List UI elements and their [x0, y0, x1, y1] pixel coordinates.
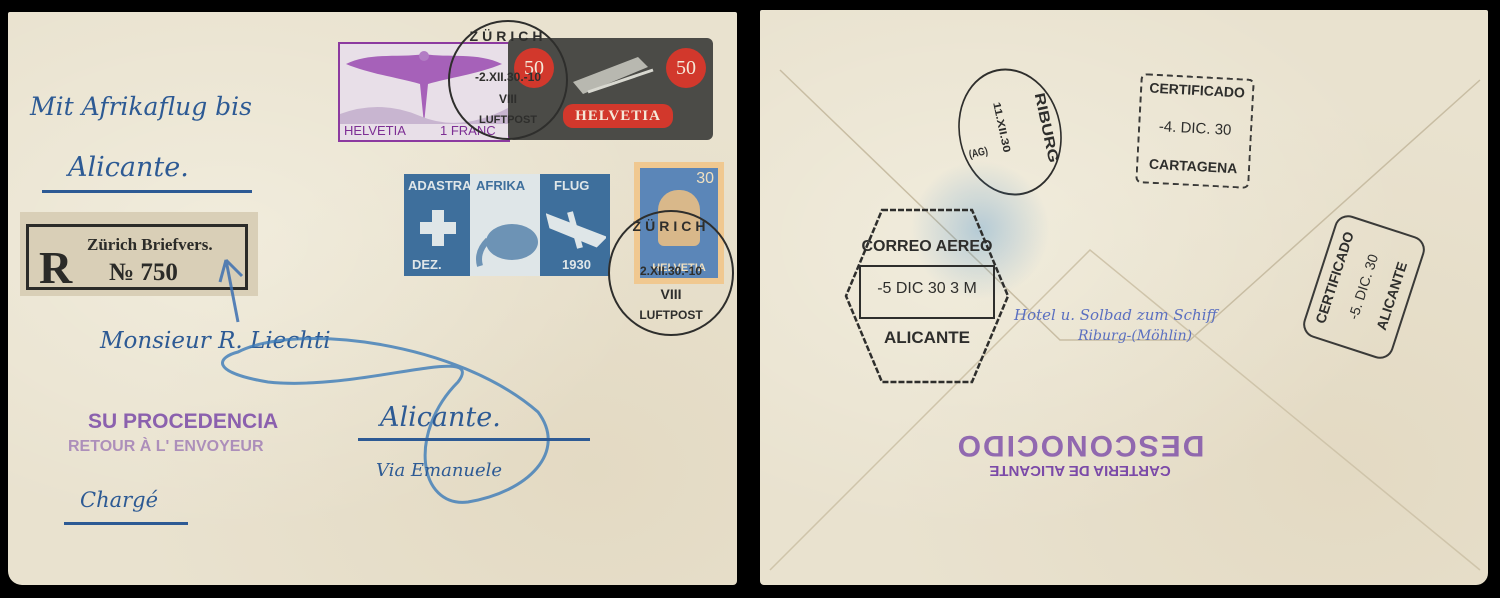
- postmark-zurich-2: ZÜRICH 2.XII.30.-10 VIII LUFTPOST: [608, 210, 734, 336]
- biplane-icon: [568, 52, 658, 102]
- registration-number: № 750: [109, 259, 178, 287]
- vignette-month: DEZ.: [412, 257, 442, 272]
- airplane-icon: [546, 208, 606, 252]
- stamp-country: HELVETIA: [344, 123, 406, 138]
- vignette-center-label: AFRIKA: [476, 178, 525, 193]
- cartagena-certificado-cachet: CERTIFICADO -4. DIC. 30 CARTAGENA: [1135, 73, 1255, 189]
- correo-aereo-type: CORREO AEREO: [842, 238, 1012, 256]
- route-note-line1: Mit Afrikaflug bis: [30, 92, 252, 121]
- hotel-cachet-line2: Riburg-(Möhlin): [1078, 328, 1192, 344]
- postmark-service: LUFTPOST: [450, 114, 566, 126]
- postmark-date: -2.XII.30.-10: [450, 70, 566, 84]
- desconocido-cachet: CARTERIA DE ALICANTE DESCONOCIDO: [950, 428, 1210, 479]
- charge-note: Chargé: [80, 488, 158, 512]
- registration-letter: R: [39, 241, 72, 294]
- postmark-date: 2.XII.30.-10: [610, 264, 732, 278]
- route-note-line2: Alicante.: [68, 152, 189, 183]
- hotel-cachet-line1: Hotel u. Solbad zum Schiff: [1014, 306, 1217, 324]
- cachet-city: CARTAGENA: [1138, 155, 1249, 177]
- return-cachet-line2: RETOUR À L' ENVOYEUR: [68, 438, 264, 456]
- address-city: Alicante.: [380, 402, 501, 433]
- vignette-right-label: FLUG: [554, 178, 589, 193]
- stamp-value-right: 50: [666, 48, 706, 88]
- elephant-icon: [474, 212, 544, 270]
- correo-aereo-city: ALICANTE: [842, 328, 1012, 348]
- cachet-type: CERTIFICADO: [1142, 79, 1253, 101]
- postmark-date: 11.XII.30: [991, 101, 1013, 154]
- stamp-country: HELVETIA: [563, 104, 673, 128]
- stamp-value: 30: [696, 170, 714, 188]
- charge-underline: [64, 522, 188, 525]
- postmark-city: ZÜRICH: [610, 218, 732, 234]
- postmark-region: (AG): [968, 145, 989, 161]
- correo-aereo-date: -5 DIC 30 3 M: [842, 280, 1012, 298]
- cachet-date: -4. DIC. 30: [1140, 117, 1251, 140]
- desconocido-line2: CARTERIA DE ALICANTE: [950, 462, 1210, 479]
- vignette-year: 1930: [562, 257, 591, 272]
- postmark-line: VIII: [610, 286, 732, 302]
- postmark-line: VIII: [450, 92, 566, 106]
- underline: [42, 190, 252, 193]
- city-underline: [358, 438, 590, 441]
- address-street: Via Emanuele: [376, 460, 502, 481]
- adastra-afrikaflug-vignette: ADASTRA AFRIKA FLUG DEZ. 1930: [404, 174, 610, 276]
- registration-office: Zürich Briefvers.: [87, 235, 213, 255]
- swiss-cross-icon: [420, 210, 456, 246]
- envelope-front: Mit Afrikaflug bis Alicante. R Zürich Br…: [8, 12, 737, 585]
- postmark-zurich-1: ZÜRICH -2.XII.30.-10 VIII LUFTPOST: [448, 20, 568, 140]
- return-cachet-line1: SU PROCEDENCIA: [88, 410, 278, 434]
- postmark-service: LUFTPOST: [610, 308, 732, 322]
- vignette-left-label: ADASTRA: [408, 178, 472, 193]
- desconocido-line1: DESCONOCIDO: [950, 428, 1210, 462]
- postmark-city: ZÜRICH: [450, 28, 566, 44]
- envelope-back: RIBURG 11.XII.30 (AG) CERTIFICADO -4. DI…: [760, 10, 1488, 585]
